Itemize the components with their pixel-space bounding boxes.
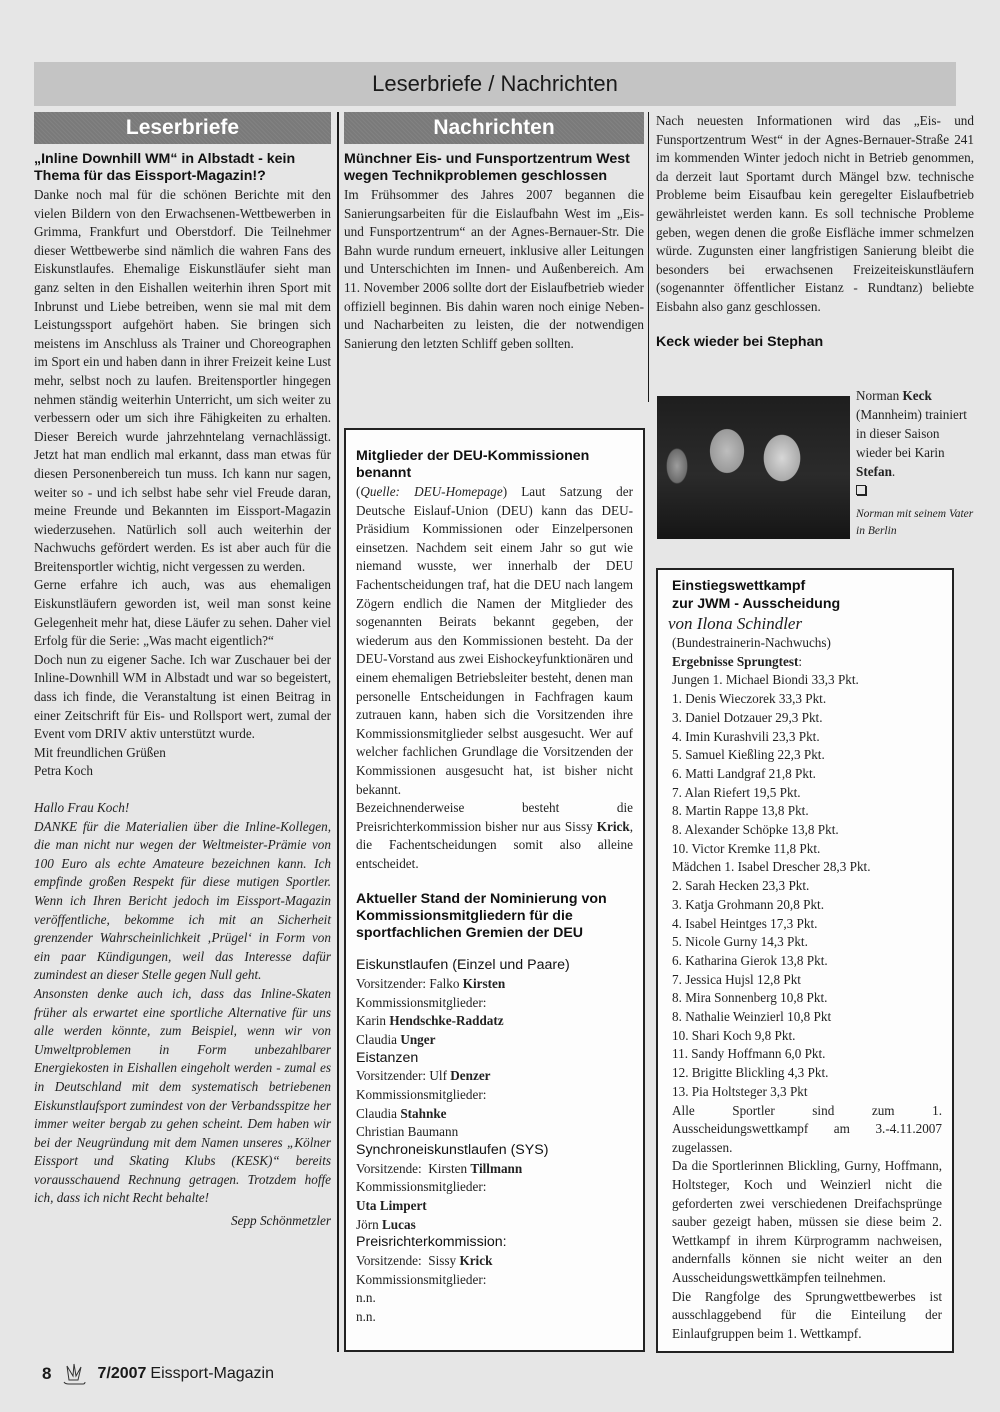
result-row: 7. Jessica Hujsl 12,8 Pkt [672, 971, 942, 990]
column-divider-left [337, 112, 339, 1352]
commission-member: Karin Hendschke-Raddatz [356, 1012, 633, 1031]
jwm-headline-line1: Einstiegswettkampf [672, 578, 942, 596]
letter-headline: „Inline Downhill WM“ in Albstadt - kein … [34, 151, 331, 185]
column-divider-mid [648, 112, 649, 402]
jwm-results-label: Ergebnisse Sprungtest: [672, 653, 942, 672]
result-row: 10. Victor Kremke 11,8 Pkt. [672, 840, 942, 859]
commission-chair: Vorsitzender: Ulf Denzer [356, 1067, 633, 1086]
commission-block: Eiskunstlaufen (Einzel und Paare) Vorsit… [356, 957, 633, 1049]
reply-paragraph-1: DANKE für die Materialien über die Inlin… [34, 818, 331, 985]
reply-paragraph-2: Ansonsten denke auch ich, dass das Inlin… [34, 985, 331, 1208]
keck-text: Norman Keck (Mannheim) trainiert in dies… [856, 386, 976, 540]
jwm-closing-2: Da die Sportlerinnen Blickling, Gurny, H… [672, 1157, 942, 1287]
letter-paragraph-3: Doch nun zu eigener Sache. Ich war Zusch… [34, 651, 331, 744]
deu-body-2: Bezeichnenderweise besteht die Preisrich… [356, 799, 633, 873]
result-row: 8. Alexander Schöpke 13,8 Pkt. [672, 821, 942, 840]
commission-name: Eiskunstlaufen (Einzel und Paare) [356, 957, 633, 975]
result-row: Jungen 1. Michael Biondi 33,3 Pkt. [672, 671, 942, 690]
letter-paragraph-1: Danke noch mal für die schönen Berichte … [34, 186, 331, 576]
commission-block: Eistanzen Vorsitzender: Ulf Denzer Kommi… [356, 1050, 633, 1142]
reply-signature: Sepp Schönmetzler [34, 1212, 331, 1231]
result-row: 5. Samuel Kießling 22,3 Pkt. [672, 746, 942, 765]
jwm-results-box: Einstiegswettkampf zur JWM - Ausscheidun… [656, 568, 954, 1353]
section-title: Leserbriefe [126, 116, 239, 140]
letter-closing: Mit freundlichen Grüßen [34, 744, 331, 763]
result-row: Mädchen 1. Isabel Drescher 28,3 Pkt. [672, 858, 942, 877]
commission-chair: Vorsitzende: Kirsten Tillmann [356, 1160, 633, 1179]
commission-members-label: Kommissionsmitglieder: [356, 994, 633, 1013]
commission-name: Preisrichterkommission: [356, 1234, 633, 1252]
deu-headline: Mitglieder der DEU-Kommissionen benannt [356, 448, 633, 482]
result-row: 6. Matti Landgraf 21,8 Pkt. [672, 765, 942, 784]
commission-member: n.n. [356, 1308, 633, 1327]
article-body: Im Frühsommer des Jahres 2007 begannen d… [344, 186, 644, 353]
jwm-author: von Ilona Schindler [668, 613, 942, 634]
deu-body-2-name: Krick [597, 819, 630, 834]
result-row: 2. Sarah Hecken 23,3 Pkt. [672, 877, 942, 896]
result-row: 10. Shari Koch 9,8 Pkt. [672, 1027, 942, 1046]
commission-members-label: Kommissionsmitglieder: [356, 1086, 633, 1105]
result-row: 4. Imin Kurashvili 23,3 Pkt. [672, 728, 942, 747]
result-row: 6. Katharina Gierok 13,8 Pkt. [672, 952, 942, 971]
commission-member: n.n. [356, 1289, 633, 1308]
result-row: 3. Daniel Dotzauer 29,3 Pkt. [672, 709, 942, 728]
page-footer: 8 7/2007 Eissport-Magazin [42, 1362, 274, 1386]
result-row: 1. Denis Wieczorek 33,3 Pkt. [672, 690, 942, 709]
result-row: 11. Sandy Hoffmann 6,0 Pkt. [672, 1045, 942, 1064]
commission-block: Synchroneiskunstlaufen (SYS) Vorsitzende… [356, 1142, 633, 1234]
result-row: 4. Isabel Heintges 17,3 Pkt. [672, 915, 942, 934]
jwm-author-role: (Bundestrainerin-Nachwuchs) [672, 634, 942, 653]
article-headline: Münchner Eis- und Funsportzentrum West w… [344, 151, 644, 185]
deu-source: Quelle: DEU-Homepage [360, 484, 502, 499]
jwm-closing-1: Alle Sportler sind zum 1. Ausscheidungsw… [672, 1102, 942, 1158]
commission-members-label: Kommissionsmitglieder: [356, 1271, 633, 1290]
deu-body-1: (Quelle: DEU-Homepage) Laut Satzung der … [356, 483, 633, 799]
middle-column: Nachrichten Münchner Eis- und Funsportze… [344, 112, 644, 353]
commission-member: Claudia Unger [356, 1031, 633, 1050]
commission-block: Preisrichterkommission: Vorsitzende: Sis… [356, 1234, 633, 1326]
left-column: Leserbriefe „Inline Downhill WM“ in Albs… [34, 112, 331, 1231]
skate-logo-icon [61, 1362, 87, 1386]
result-row: 12. Brigitte Blickling 4,3 Pkt. [672, 1064, 942, 1083]
result-row: 8. Nathalie Weinzierl 10,8 Pkt [672, 1008, 942, 1027]
commission-member: Claudia Stahnke [356, 1105, 633, 1124]
issue-number: 7/2007 [97, 1365, 146, 1383]
reply-greeting: Hallo Frau Koch! [34, 799, 331, 818]
deu-commissions-box: Mitglieder der DEU-Kommissionen benannt … [344, 428, 645, 1352]
letter-author: Petra Koch [34, 762, 331, 781]
commission-chair: Vorsitzender: Falko Kirsten [356, 975, 633, 994]
page-banner: Leserbriefe / Nachrichten [34, 62, 956, 106]
result-row: 8. Martin Rappe 13,8 Pkt. [672, 802, 942, 821]
keck-headline: Keck wieder bei Stephan [656, 334, 974, 351]
result-row: 3. Katja Grohmann 20,8 Pkt. [672, 896, 942, 915]
right-column: Nach neuesten Informationen wird das „Ei… [656, 112, 974, 352]
magazine-name: Eissport-Magazin [150, 1365, 274, 1383]
jwm-headline-line2: zur JWM - Ausscheidung [672, 596, 942, 614]
result-row: 13. Pia Holtsteger 3,3 Pkt [672, 1083, 942, 1102]
letter-paragraph-2: Gerne erfahre ich auch, was aus ehemalig… [34, 576, 331, 650]
commission-chair: Vorsitzende: Sissy Krick [356, 1252, 633, 1271]
keck-body: Norman Keck (Mannheim) trainiert in dies… [856, 386, 976, 481]
deu-body-1-text: Laut Satzung der Deutsche Eislauf-Union … [356, 484, 633, 797]
result-row: 8. Mira Sonnenberg 10,8 Pkt. [672, 989, 942, 1008]
end-of-article-box-icon [856, 481, 976, 500]
article-continuation: Nach neuesten Informationen wird das „Ei… [656, 112, 974, 317]
commission-member: Uta Limpert [356, 1197, 633, 1216]
commission-member: Jörn Lucas [356, 1216, 633, 1235]
commission-name: Eistanzen [356, 1050, 633, 1068]
page-number: 8 [42, 1364, 51, 1384]
result-row: 7. Alan Riefert 19,5 Pkt. [672, 784, 942, 803]
section-header-leserbriefe: Leserbriefe [34, 112, 331, 144]
section-header-nachrichten: Nachrichten [344, 112, 644, 144]
keck-photo [657, 396, 850, 539]
commission-name: Synchroneiskunstlaufen (SYS) [356, 1142, 633, 1160]
commission-members-label: Kommissionsmitglieder: [356, 1178, 633, 1197]
jwm-closing-3: Die Rangfolge des Sprungwettbewerbes ist… [672, 1288, 942, 1344]
commission-member: Christian Baumann [356, 1123, 633, 1142]
photo-caption: Norman mit seinem Vater in Berlin [856, 506, 976, 540]
deu-body-2-pre: Bezeichnenderweise besteht die Preisrich… [356, 800, 633, 834]
result-row: 5. Nicole Gurny 14,3 Pkt. [672, 933, 942, 952]
section-title: Nachrichten [433, 116, 554, 140]
nomination-headline: Aktueller Stand der Nominierung von Komm… [356, 891, 633, 942]
banner-title: Leserbriefe / Nachrichten [372, 71, 618, 97]
